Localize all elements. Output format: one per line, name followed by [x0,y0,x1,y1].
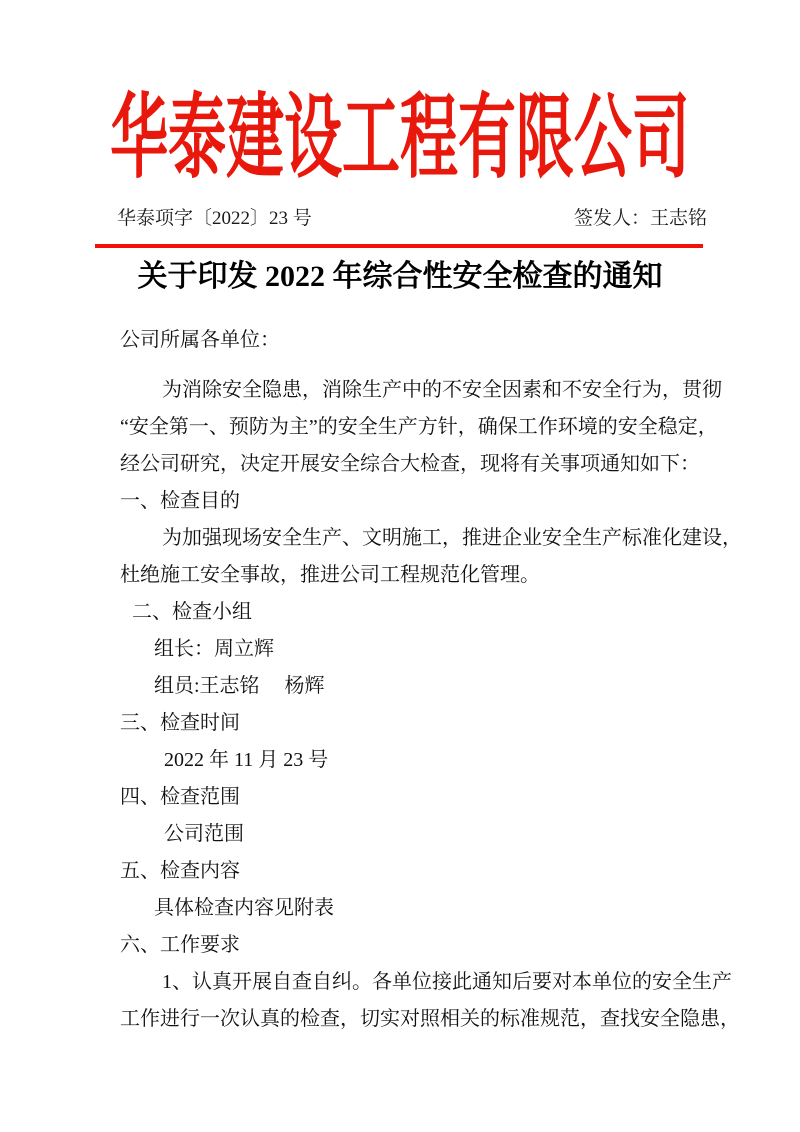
body-line: 组长：周立辉 [154,631,710,668]
body-line: 为加强现场安全生产、文明施工，推进企业安全生产标准化建设， [162,520,710,557]
body-line: 2022 年 11 月 23 号 [164,742,710,779]
doc-body: 公司所属各单位：为消除安全隐患，消除生产中的不安全因素和不安全行为，贯彻“安全第… [120,322,710,1038]
body-line: 公司范围 [164,816,710,853]
doc-number: 华泰项字〔2022〕23 号 [117,203,312,230]
body-line: 1、认真开展自查自纠。各单位接此通知后要对本单位的安全生产 [162,964,710,1001]
body-line: 一、检查目的 [120,483,710,520]
company-name: 华泰建设工程有限公司 [110,86,690,192]
issuer: 签发人：王志铭 [574,203,707,230]
body-line: 二、检查小组 [132,594,710,631]
company-masthead: 华泰建设工程有限公司 [0,86,800,192]
body-line: 五、检查内容 [120,853,710,890]
body-line: 具体检查内容见附表 [154,890,710,927]
body-line: 杜绝施工安全事故，推进公司工程规范化管理。 [120,557,710,594]
doc-meta-row: 华泰项字〔2022〕23 号 签发人：王志铭 [117,203,707,230]
document-page: 华泰建设工程有限公司 华泰项字〔2022〕23 号 签发人：王志铭 关于印发 2… [0,0,800,1132]
body-line: 为消除安全隐患，消除生产中的不安全因素和不安全行为，贯彻 [162,372,710,409]
red-divider [95,244,703,248]
body-line: 四、检查范围 [120,779,710,816]
body-line: 三、检查时间 [120,705,710,742]
body-line: 工作进行一次认真的检查，切实对照相关的标准规范，查找安全隐患， [120,1001,710,1038]
body-line: 经公司研究，决定开展安全综合大检查，现将有关事项通知如下： [120,446,710,483]
body-line: 组员:王志铭 杨辉 [154,668,710,705]
body-line: 公司所属各单位： [120,322,710,359]
body-line: “安全第一、预防为主”的安全生产方针，确保工作环境的安全稳定， [120,409,710,446]
body-line: 六、工作要求 [120,927,710,964]
doc-title: 关于印发 2022 年综合性安全检查的通知 [0,258,800,296]
